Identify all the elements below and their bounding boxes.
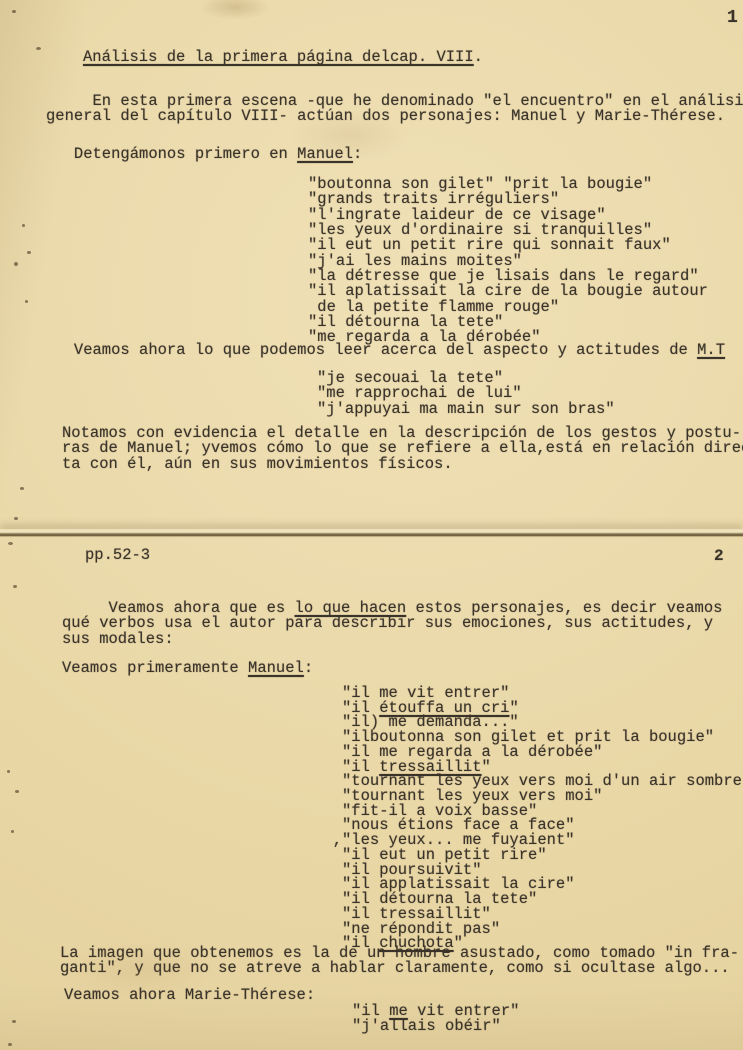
paper-speck — [14, 517, 18, 520]
typewritten-document-photo: 1 Análisis de la primera página delcap. … — [0, 0, 743, 1050]
paper-speck — [7, 770, 10, 773]
veamos-mt-line: Veamos ahora lo que podemos leer acerca … — [46, 343, 725, 358]
text-segment: "j'allais obéir" — [352, 1017, 501, 1035]
page-number-1: 1 — [727, 8, 738, 28]
quote-line: "j'appuyai ma main sur son bras" — [317, 402, 615, 417]
text-segment: : — [353, 145, 362, 163]
text-segment: Veamos primeramente — [62, 659, 248, 677]
page-number-2: 2 — [714, 547, 724, 565]
document-title: Análisis de la primera página delcap. VI… — [83, 50, 483, 65]
paper-speck — [13, 585, 17, 588]
veamos-marie-therese-line: Veamos ahora Marie-Thérese: — [64, 988, 315, 1003]
text-line: sus modales: — [62, 632, 722, 647]
paper-speck — [22, 224, 25, 227]
intro-paragraph-p2: Veamos ahora que es lo que hacen estos p… — [62, 601, 722, 647]
page-edge-divider — [0, 529, 743, 537]
intro-paragraph: En esta primera escena -que he denominad… — [46, 94, 743, 125]
manuel-quote-list-p2: "il me vit entrer" "il étouffa un cri" "… — [342, 686, 743, 951]
manuel-quote-list-p1: "boutonna son gilet" "prit la bougie" "g… — [308, 177, 708, 346]
text-line: ganti", y que no se atreve a hablar clar… — [60, 961, 739, 976]
mt-quote-list-p2: "il me vit entrer" "j'allais obéir" — [352, 1004, 519, 1033]
text-segment: Detengámonos primero en — [46, 145, 297, 163]
quote-line: "j'allais obéir" — [352, 1019, 519, 1034]
veamos-manuel-line: Veamos primeramente Manuel: — [62, 661, 313, 676]
paper-speck — [36, 47, 41, 50]
title-text: Análisis de la primera página delcap. VI… — [83, 48, 474, 66]
mt-quote-list-p1: "je secouai la tete" "me rapprochai de l… — [317, 371, 615, 417]
paper-speck — [14, 262, 18, 266]
paper-speck — [25, 300, 28, 303]
text-segment-underlined: Manuel — [297, 145, 353, 163]
text-line: general del capítulo VIII- actúan dos pe… — [46, 109, 743, 124]
text-segment: Veamos ahora lo que podemos leer acerca … — [46, 341, 697, 359]
paper-speck — [12, 10, 16, 13]
paper-speck — [15, 790, 19, 793]
paper-speck — [11, 830, 14, 833]
title-period: . — [474, 48, 483, 66]
la-imagen-paragraph: La imagen que obtenemos es la de un homb… — [60, 946, 739, 977]
notamos-paragraph: Notamos con evidencia el detalle en la d… — [62, 426, 743, 472]
paper-speck — [12, 1020, 16, 1023]
text-line: ta con él, aún en sus movimientos físico… — [62, 457, 743, 472]
paper-stain — [200, 0, 270, 20]
text-segment: : — [304, 659, 313, 677]
pp-reference: pp.52-3 — [85, 548, 150, 563]
paper-speck — [8, 1043, 12, 1046]
paper-speck — [27, 251, 31, 254]
detengamonos-line: Detengámonos primero en Manuel: — [46, 147, 362, 162]
text-segment-underlined: Manuel — [248, 659, 304, 677]
text-segment-underlined: M.T — [697, 341, 725, 359]
paper-speck — [20, 487, 24, 490]
paper-speck — [8, 542, 13, 545]
